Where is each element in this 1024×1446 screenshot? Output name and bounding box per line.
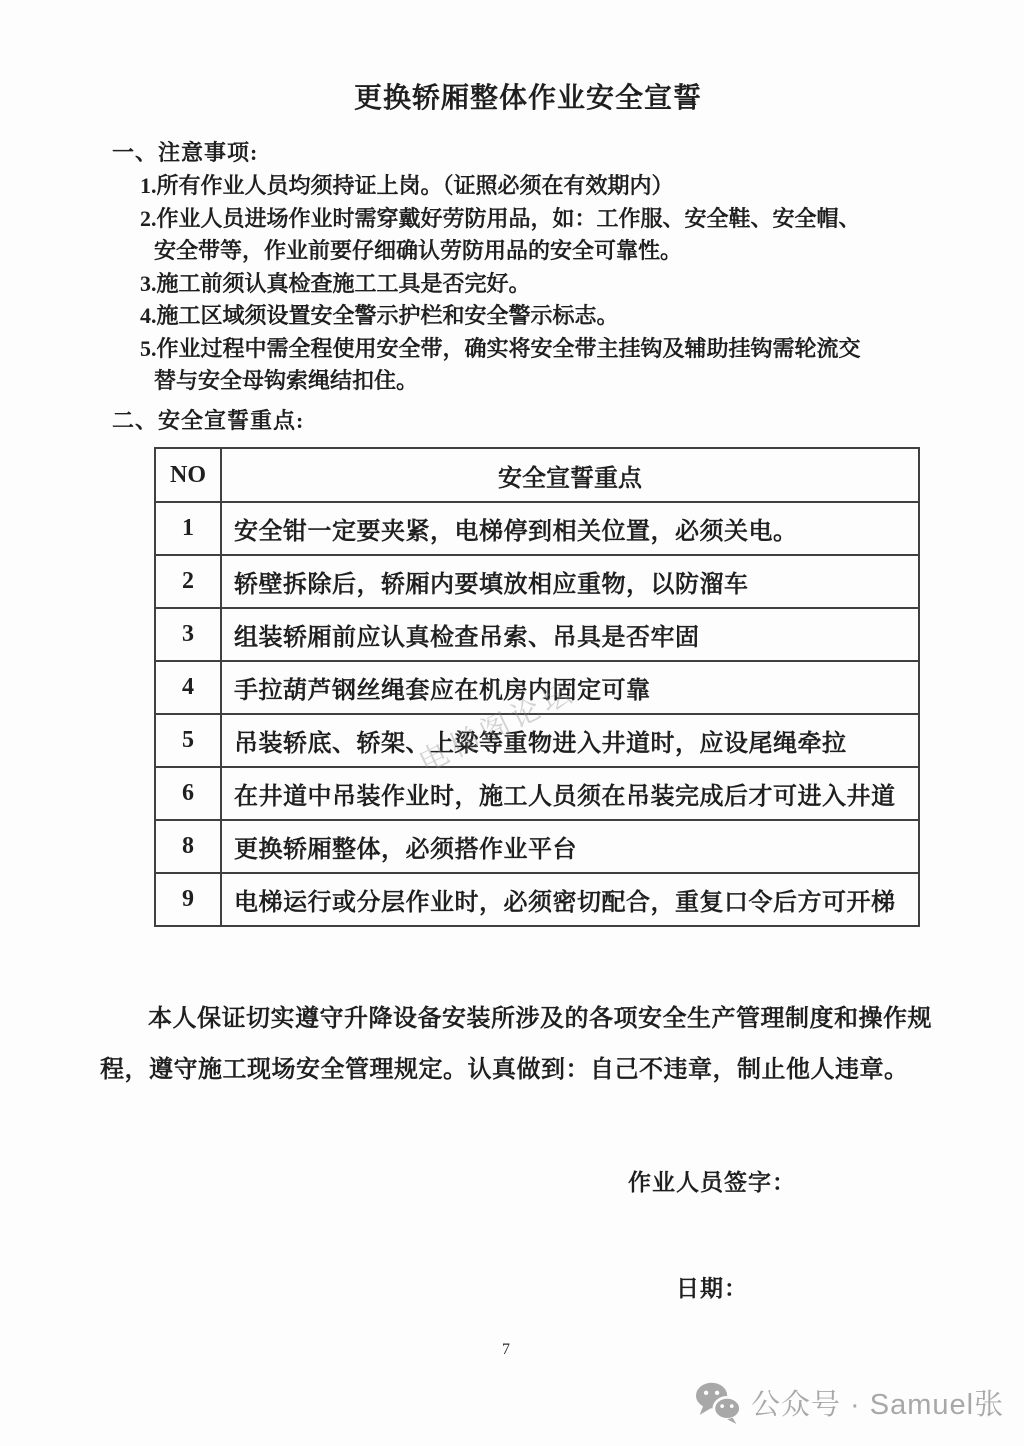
row-text: 更换轿厢整体，必须搭作业平台	[221, 820, 919, 873]
wechat-watermark: 公众号 · Samuel张	[694, 1380, 1004, 1424]
page-number: 7	[0, 1341, 1012, 1359]
row-text: 组装轿厢前应认真检查吊索、吊具是否牢固	[221, 608, 919, 661]
row-number: 8	[155, 820, 221, 873]
date-label: 日期：	[676, 1270, 748, 1303]
row-number: 1	[155, 502, 221, 555]
row-number: 4	[155, 661, 221, 714]
table-row: 6 在井道中吊装作业时，施工人员须在吊装完成后才可进入井道	[155, 767, 919, 820]
row-text: 手拉葫芦钢丝绳套应在机房内固定可靠	[221, 661, 919, 714]
table-header-title: 安全宣誓重点	[221, 448, 919, 502]
declaration-paragraph: 本人保证切实遵守升降设备安装所涉及的各项安全生产管理制度和操作规 程，遵守施工现…	[100, 994, 976, 1096]
note-item-2: 2.作业人员进场作业时需穿戴好劳防用品，如：工作服、安全鞋、安全帽、 安全带等，…	[140, 203, 948, 268]
row-text: 在井道中吊装作业时，施工人员须在吊装完成后才可进入井道	[221, 767, 919, 820]
table-row: 4 手拉葫芦钢丝绳套应在机房内固定可靠	[155, 661, 919, 714]
row-text: 电梯运行或分层作业时，必须密切配合，重复口令后方可开梯	[221, 873, 919, 926]
section-pledge-heading: 二、安全宣誓重点:	[112, 404, 304, 435]
row-number: 6	[155, 767, 221, 820]
document-title: 更换轿厢整体作业安全宣誓	[32, 76, 1024, 116]
notes-list: 1.所有作业人员均须持证上岗。（证照必须在有效期内） 2.作业人员进场作业时需穿…	[140, 170, 948, 398]
pledge-table: NO 安全宣誓重点 1 安全钳一定要夹紧，电梯停到相关位置，必须关电。 2 轿壁…	[154, 447, 920, 927]
table-header-no: NO	[155, 448, 221, 502]
row-number: 9	[155, 873, 221, 926]
row-number: 2	[155, 555, 221, 608]
table-row: 1 安全钳一定要夹紧，电梯停到相关位置，必须关电。	[155, 502, 919, 555]
table-row: 9 电梯运行或分层作业时，必须密切配合，重复口令后方可开梯	[155, 873, 919, 926]
note-item-1: 1.所有作业人员均须持证上岗。（证照必须在有效期内）	[140, 170, 948, 203]
section-notes-heading: 一、注意事项:	[112, 136, 258, 167]
table-row: 3 组装轿厢前应认真检查吊索、吊具是否牢固	[155, 608, 919, 661]
row-text: 吊装轿底、轿架、上粱等重物进入井道时，应设尾绳牵拉	[221, 714, 919, 767]
table-row: 8 更换轿厢整体，必须搭作业平台	[155, 820, 919, 873]
note-item-4: 4.施工区域须设置安全警示护栏和安全警示标志。	[140, 300, 948, 333]
row-text: 轿壁拆除后，轿厢内要填放相应重物，以防溜车	[221, 555, 919, 608]
row-text: 安全钳一定要夹紧，电梯停到相关位置，必须关电。	[221, 502, 919, 555]
row-number: 3	[155, 608, 221, 661]
wechat-account-label: 公众号 · Samuel张	[751, 1382, 1004, 1423]
wechat-icon	[694, 1380, 742, 1424]
row-number: 5	[155, 714, 221, 767]
table-header-row: NO 安全宣誓重点	[155, 448, 919, 502]
note-item-5: 5.作业过程中需全程使用安全带，确实将安全带主挂钩及辅助挂钩需轮流交 替与安全母…	[140, 333, 948, 398]
note-item-3: 3.施工前须认真检查施工工具是否完好。	[140, 268, 948, 301]
table-row: 2 轿壁拆除后，轿厢内要填放相应重物，以防溜车	[155, 555, 919, 608]
table-row: 5 吊装轿底、轿架、上粱等重物进入井道时，应设尾绳牵拉	[155, 714, 919, 767]
document-page: 更换轿厢整体作业安全宣誓 一、注意事项: 1.所有作业人员均须持证上岗。（证照必…	[0, 0, 1024, 1446]
signature-label: 作业人员签字：	[628, 1164, 796, 1197]
